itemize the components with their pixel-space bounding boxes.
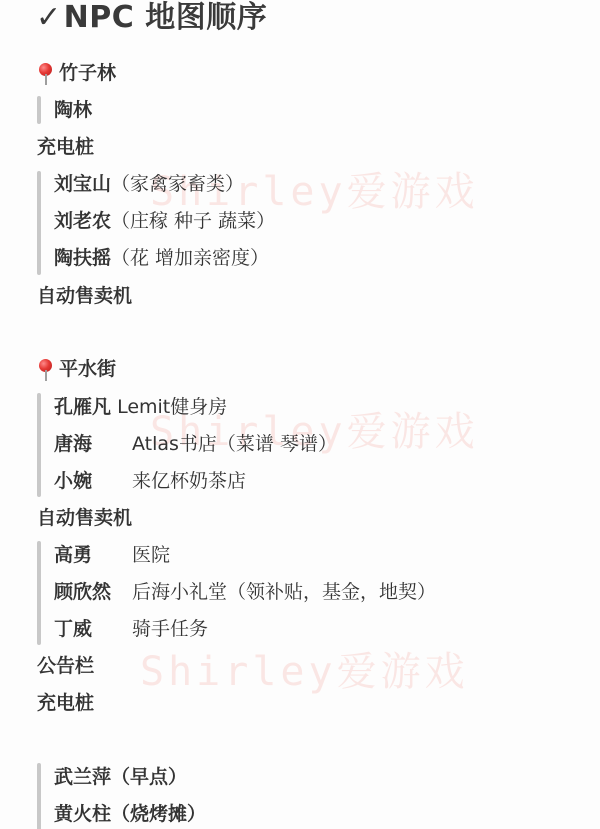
npc-name: 唐海 bbox=[54, 431, 132, 457]
npc-name: 小婉 bbox=[54, 468, 132, 494]
location-label: 竹子林 bbox=[59, 60, 116, 86]
pushpin-icon bbox=[39, 357, 53, 381]
npc-name: 陶扶摇 bbox=[54, 245, 111, 271]
npc-desc: （庄稼 种子 蔬菜） bbox=[111, 210, 275, 232]
npc-name: 武兰萍 bbox=[54, 764, 111, 790]
npc-desc: （家禽家畜类） bbox=[111, 173, 244, 195]
checkmark-icon: ✓ bbox=[36, 0, 62, 35]
quote-bar bbox=[37, 171, 41, 275]
npc-name: 高勇 bbox=[54, 542, 132, 568]
npc-desc: （烧烤摊） bbox=[111, 803, 206, 825]
npc-item: 陶林 bbox=[54, 97, 92, 123]
facility-label: 自动售卖机 bbox=[37, 505, 132, 531]
quote-bar bbox=[37, 541, 41, 645]
npc-name: 黄火柱 bbox=[54, 801, 111, 827]
npc-item: 刘老农（庄稼 种子 蔬菜） bbox=[54, 208, 275, 234]
facility-label: 充电桩 bbox=[37, 134, 94, 160]
npc-item: 顾欣然后海小礼堂（领补贴，基金，地契） bbox=[54, 579, 436, 605]
npc-name: 丁威 bbox=[54, 616, 132, 642]
page-title: ✓NPC 地图顺序 bbox=[36, 0, 267, 36]
npc-name: 陶林 bbox=[54, 97, 92, 123]
npc-desc: 来亿杯奶茶店 bbox=[132, 470, 246, 492]
npc-desc: 后海小礼堂（领补贴，基金，地契） bbox=[132, 581, 436, 603]
facility-label: 自动售卖机 bbox=[37, 283, 132, 309]
npc-item: 丁威骑手任务 bbox=[54, 616, 208, 642]
npc-desc: Lemit健身房 bbox=[117, 396, 227, 418]
npc-item: 唐海Atlas书店（菜谱 琴谱） bbox=[54, 431, 337, 457]
location-label: 平水街 bbox=[59, 356, 116, 382]
npc-name: 孔雁凡 bbox=[54, 394, 111, 420]
quote-bar bbox=[37, 763, 41, 829]
npc-desc: 医院 bbox=[132, 544, 170, 566]
npc-item: 高勇医院 bbox=[54, 542, 170, 568]
npc-name: 顾欣然 bbox=[54, 579, 132, 605]
location-heading-zhuzilin: 竹子林 bbox=[37, 60, 116, 86]
quote-bar bbox=[37, 393, 41, 497]
npc-name: 刘老农 bbox=[54, 208, 111, 234]
watermark: Shirley爱游戏 bbox=[140, 640, 469, 697]
npc-name: 刘宝山 bbox=[54, 171, 111, 197]
location-heading-pingshuijie: 平水街 bbox=[37, 356, 116, 382]
npc-item: 刘宝山（家禽家畜类） bbox=[54, 171, 244, 197]
facility-label: 充电桩 bbox=[37, 690, 94, 716]
title-text: NPC 地图顺序 bbox=[64, 0, 268, 35]
npc-item: 黄火柱（烧烤摊） bbox=[54, 801, 206, 827]
npc-desc: 骑手任务 bbox=[132, 618, 208, 640]
npc-item: 孔雁凡 Lemit健身房 bbox=[54, 394, 227, 420]
quote-bar bbox=[37, 96, 41, 124]
npc-item: 陶扶摇（花 增加亲密度） bbox=[54, 245, 269, 271]
facility-label: 公告栏 bbox=[37, 653, 94, 679]
npc-desc: Atlas书店（菜谱 琴谱） bbox=[132, 433, 337, 455]
npc-item: 武兰萍（早点） bbox=[54, 764, 187, 790]
pushpin-icon bbox=[39, 61, 53, 85]
npc-desc: （早点） bbox=[111, 766, 187, 788]
npc-item: 小婉来亿杯奶茶店 bbox=[54, 468, 246, 494]
npc-desc: （花 增加亲密度） bbox=[111, 247, 269, 269]
